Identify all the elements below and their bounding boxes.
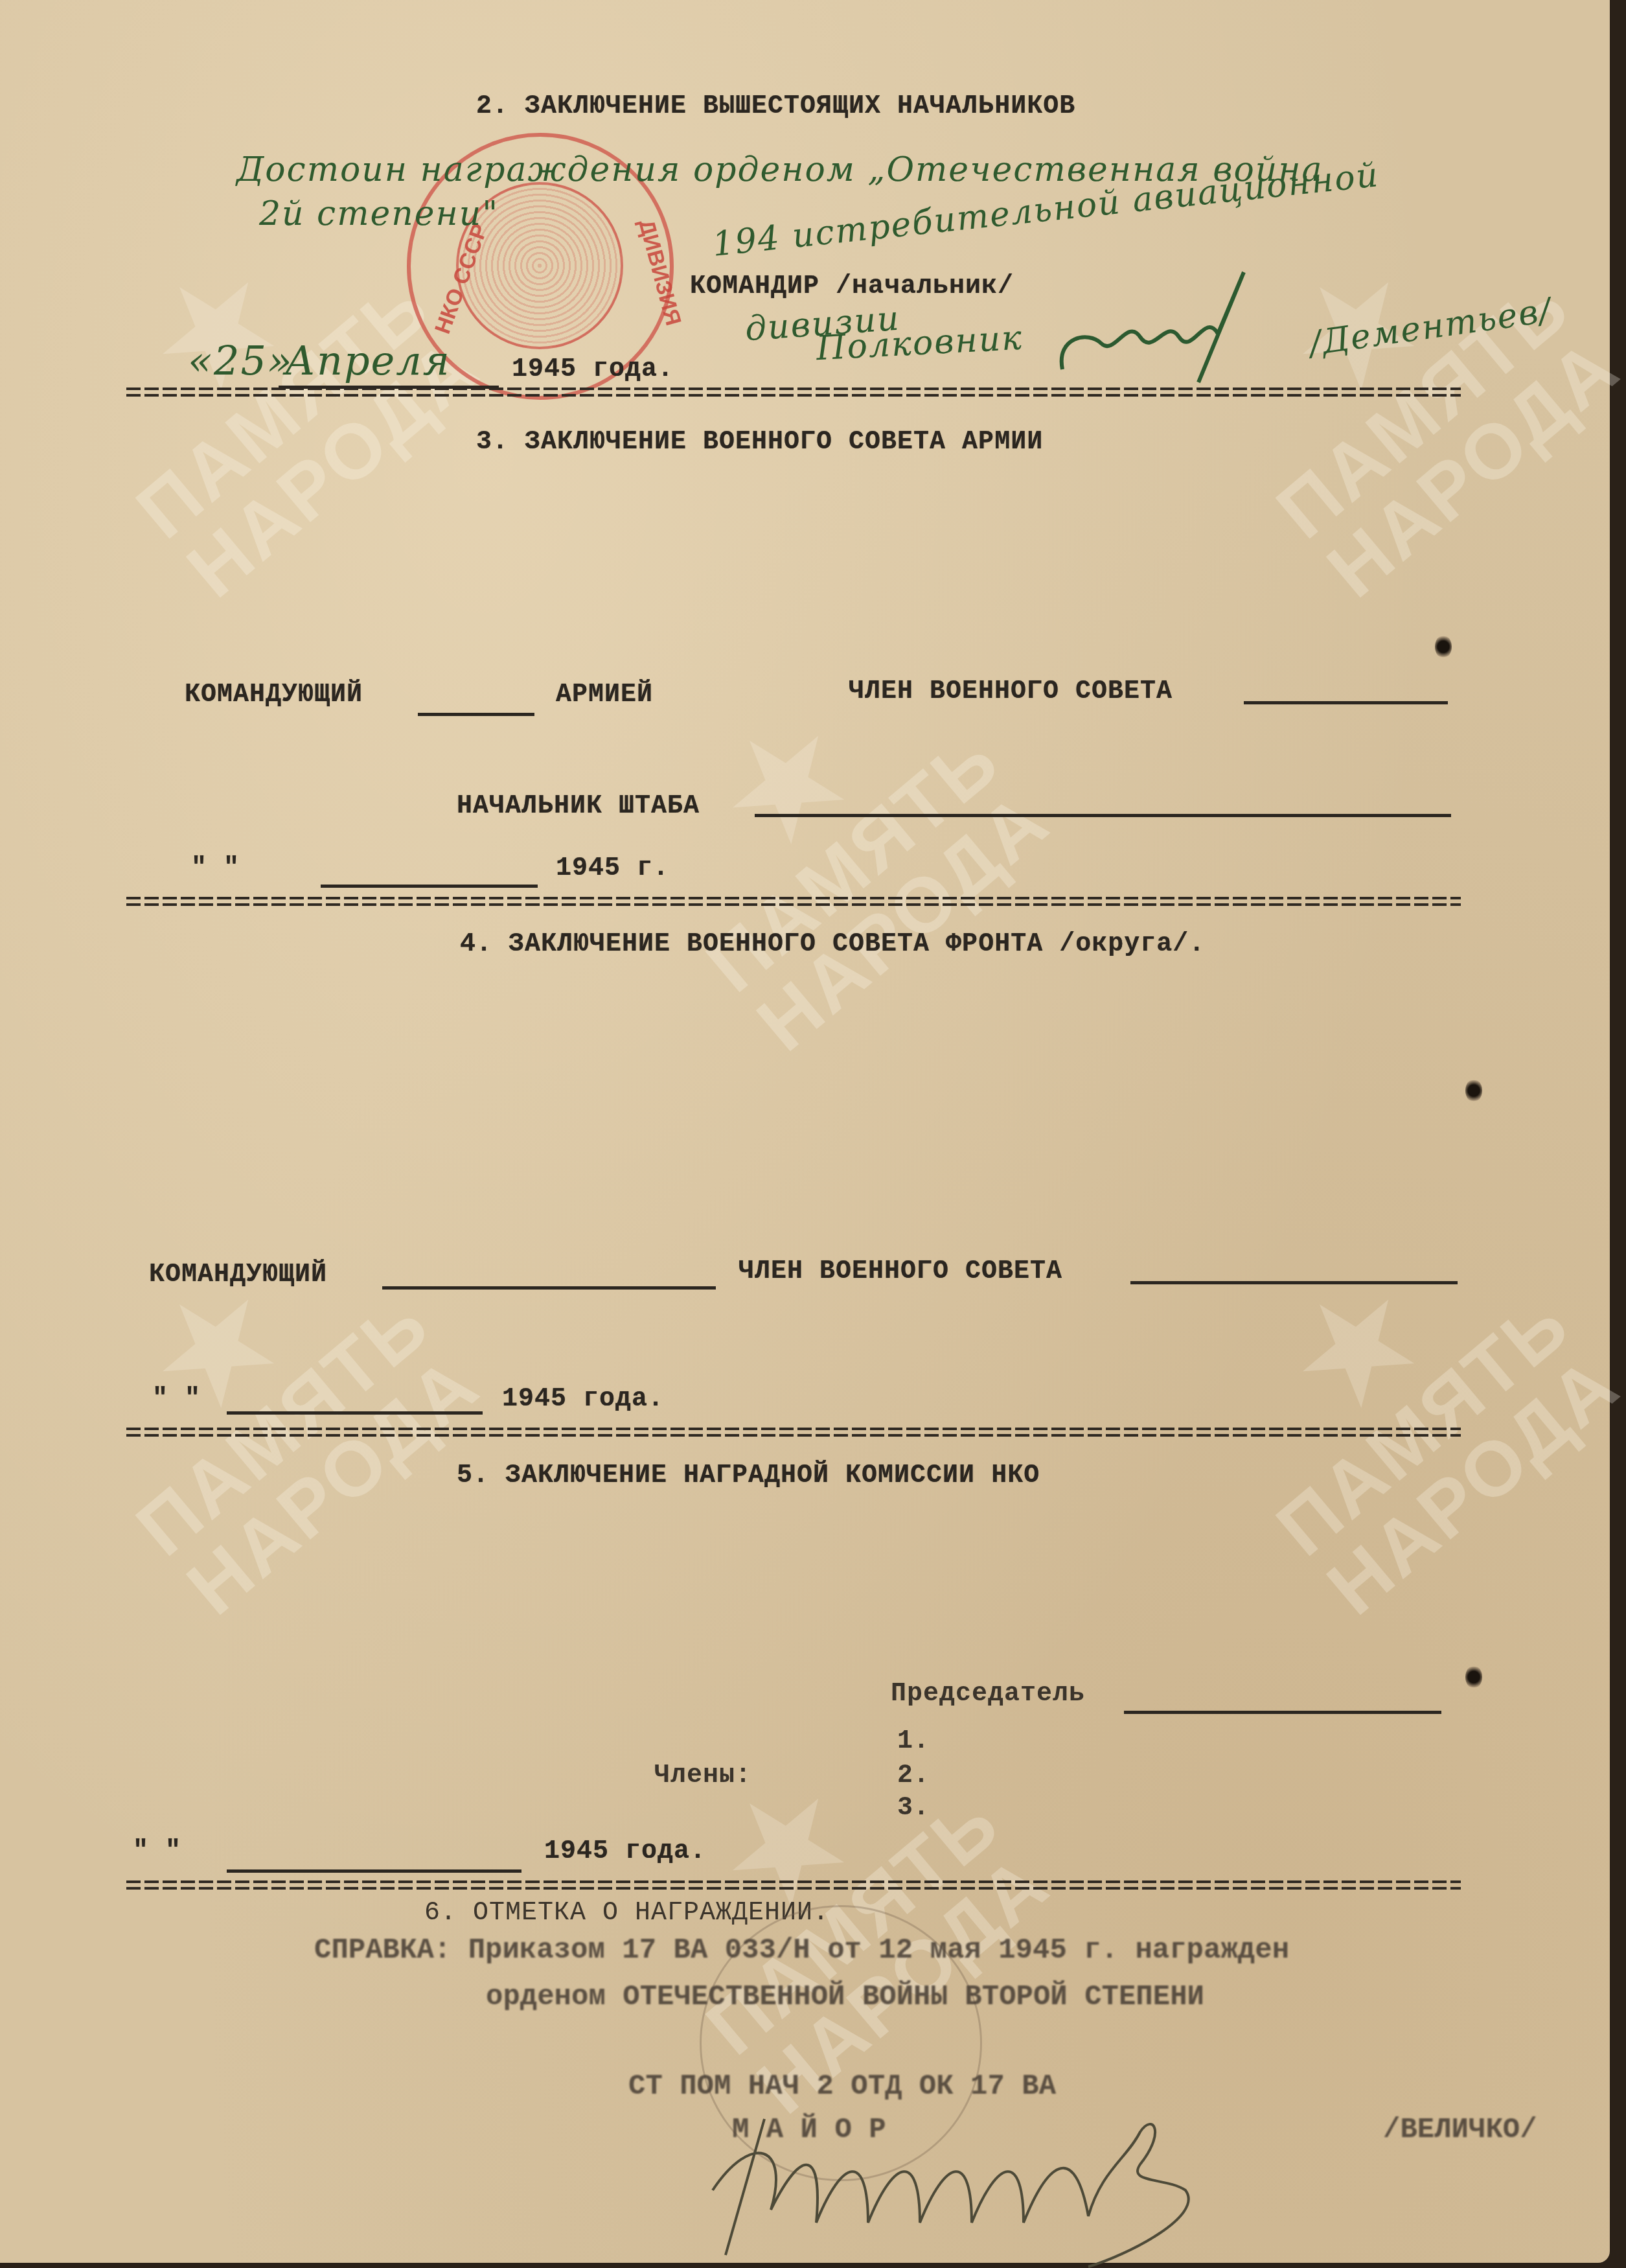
section-divider <box>126 1428 1461 1437</box>
date-blank <box>227 1869 521 1873</box>
army-label: АРМИЕЙ <box>556 680 653 710</box>
section-2-title: 2. ЗАКЛЮЧЕНИЕ ВЫШЕСТОЯЩИХ НАЧАЛЬНИКОВ <box>476 92 1075 121</box>
section-divider <box>126 1880 1461 1890</box>
stamp-text: ДИВИЗИЯ <box>633 216 685 328</box>
council-member-blank <box>1244 701 1448 704</box>
army-commander-label: КОМАНДУЮЩИЙ <box>185 680 363 710</box>
date-year: 1945 г. <box>556 854 669 883</box>
council-member-blank <box>1130 1281 1458 1284</box>
watermark: ★ ПАМЯТЬ НАРОДА <box>40 1184 493 1628</box>
reference-line-2: орденом ОТЕЧЕСТВЕННОЙ ВОЙНЫ ВТОРОЙ СТЕПЕ… <box>486 1981 1204 2013</box>
officer-signature <box>674 2093 1386 2268</box>
chief-of-staff-label: НАЧАЛЬНИК ШТАБА <box>457 792 700 821</box>
front-commander-label: КОМАНДУЮЩИЙ <box>149 1260 327 1290</box>
date-year: 1945 года. <box>512 355 674 384</box>
section-divider <box>126 388 1461 397</box>
handwritten-degree: 2й степени" <box>259 194 499 233</box>
punch-hole <box>1435 635 1452 658</box>
commander-signature <box>1049 259 1283 389</box>
date-year: 1945 года. <box>502 1385 664 1414</box>
signer-name: /ВЕЛИЧКО/ <box>1383 2114 1537 2146</box>
date-day: «25» <box>188 337 293 384</box>
section-3-title: 3. ЗАКЛЮЧЕНИЕ ВОЕННОГО СОВЕТА АРМИИ <box>476 428 1043 457</box>
section-4-title: 4. ЗАКЛЮЧЕНИЕ ВОЕННОГО СОВЕТА ФРОНТА /ок… <box>460 930 1205 959</box>
chief-of-staff-blank <box>755 814 1451 817</box>
commander-label: КОМАНДИР /начальник/ <box>690 272 1014 301</box>
section-5-title: 5. ЗАКЛЮЧЕНИЕ НАГРАДНОЙ КОМИССИИ НКО <box>457 1461 1040 1490</box>
council-member-label: ЧЛЕН ВОЕННОГО СОВЕТА <box>739 1257 1062 1286</box>
date-quotes: " " <box>133 1837 181 1866</box>
member-number-2: 2. <box>897 1761 930 1790</box>
punch-hole <box>1465 1665 1482 1689</box>
punch-hole <box>1465 1079 1482 1102</box>
date-blank <box>227 1411 483 1415</box>
section-divider <box>126 897 1461 906</box>
member-number-1: 1. <box>897 1727 930 1756</box>
watermark: ★ ПАМЯТЬ НАРОДА <box>1180 1184 1626 1628</box>
members-label: Члены: <box>654 1761 751 1790</box>
document-page: ★ ПАМЯТЬ НАРОДА ★ ПАМЯТЬ НАРОДА ★ ПАМЯТЬ… <box>0 0 1610 2263</box>
council-member-label: ЧЛЕН ВОЕННОГО СОВЕТА <box>849 677 1173 706</box>
date-quotes: " " <box>191 854 240 883</box>
date-year: 1945 года. <box>544 1837 706 1866</box>
front-commander-blank <box>382 1286 716 1290</box>
date-month: Апреля <box>285 337 451 384</box>
chairman-label: Председатель <box>891 1680 1085 1709</box>
date-blank <box>321 885 538 888</box>
chairman-blank <box>1124 1711 1441 1714</box>
army-number-blank <box>418 713 534 716</box>
date-quotes: " " <box>152 1385 201 1414</box>
member-number-3: 3. <box>897 1794 930 1823</box>
section-6-title: 6. ОТМЕТКА О НАГРАЖДЕНИИ. <box>424 1899 829 1928</box>
reference-line-1: СПРАВКА: Приказом 17 ВА 033/Н от 12 мая … <box>314 1934 1289 1967</box>
